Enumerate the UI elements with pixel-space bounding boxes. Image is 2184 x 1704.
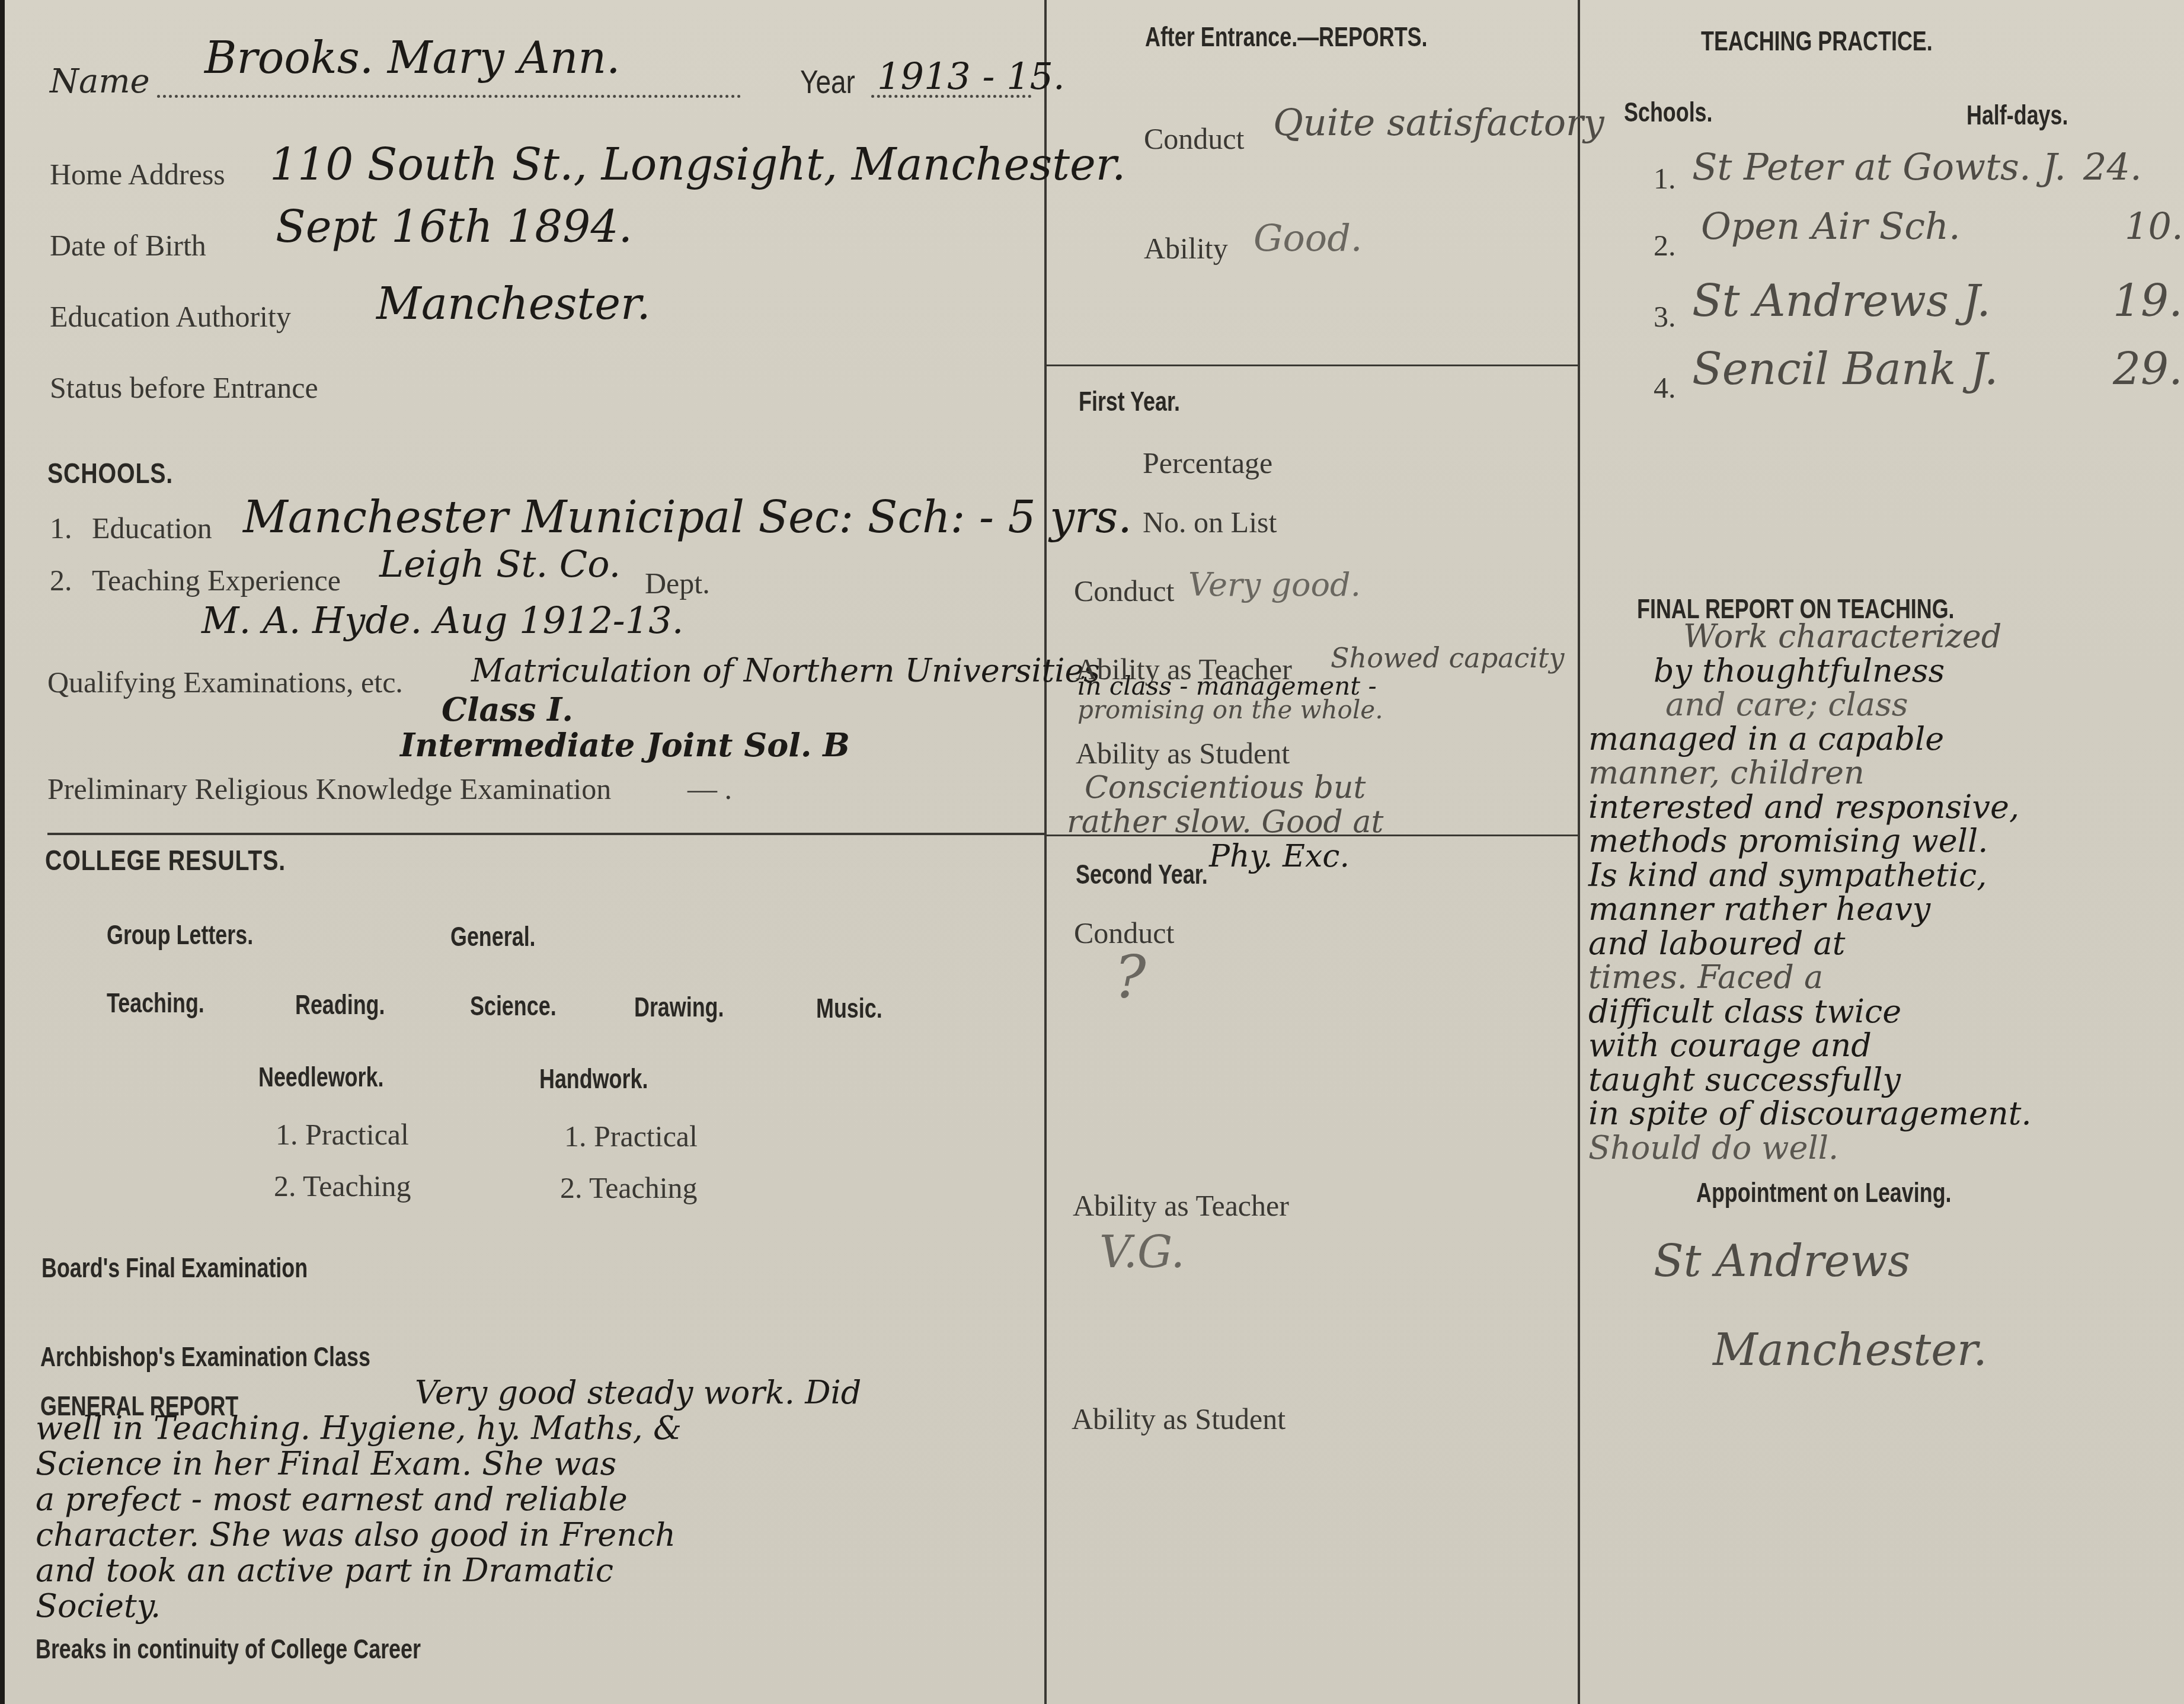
final-report-line: interested and responsive, — [1588, 790, 2032, 824]
name-label: Name — [50, 62, 150, 101]
second-year-heading: Second Year. — [1076, 858, 1208, 890]
teaching-experience-label: Teaching Experience — [92, 563, 341, 597]
practice-row-school: Open Air Sch. — [1701, 204, 1961, 248]
archbishops-exam-label: Archbishop's Examination Class — [40, 1341, 370, 1373]
status-label: Status before Entrance — [50, 370, 318, 405]
handwork-teaching: 2. Teaching — [560, 1171, 698, 1205]
final-report-text: Work characterized by thoughtfulness and… — [1588, 619, 2032, 1165]
final-report-line: in spite of discouragement. — [1588, 1096, 2032, 1131]
practice-row-halfdays: 29. — [2113, 344, 2183, 395]
dob-value: Sept 16th 1894. — [276, 202, 632, 252]
final-report-line: and laboured at — [1588, 926, 2032, 961]
practice-row-halfdays: 19. — [2113, 276, 2183, 327]
practice-row-school: St Peter at Gowts. J. — [1692, 145, 2066, 188]
final-report-line: times. Faced a — [1588, 960, 2032, 995]
first-year-teacher-value-cont: in class - management - promising on the… — [1077, 674, 1383, 722]
breaks-in-continuity-label: Breaks in continuity of College Career — [36, 1633, 421, 1665]
subject-science: Science. — [470, 990, 557, 1022]
qualifying-exams-class: Class I. — [442, 690, 573, 728]
group-letters-label: Group Letters. — [107, 919, 253, 951]
middle-divider-1 — [1047, 365, 1580, 366]
dept-label: Dept. — [645, 566, 710, 600]
general-report-line: a prefect - most earnest and reliable — [36, 1482, 861, 1517]
teaching-experience-number: 2. — [50, 563, 72, 597]
appointment-town: Manchester. — [1713, 1325, 1987, 1376]
after-entrance-ability-value: Good. — [1254, 216, 1363, 260]
after-entrance-heading: After Entrance.—REPORTS. — [1145, 21, 1428, 53]
first-year-heading: First Year. — [1079, 385, 1180, 417]
teacher-remark-line: promising on the whole. — [1077, 698, 1383, 722]
subject-reading: Reading. — [295, 989, 385, 1021]
education-value: Manchester Municipal Sec: Sch: - 5 yrs. — [243, 492, 1132, 543]
final-report-line: manner rather heavy — [1588, 892, 2032, 926]
practice-row-halfdays: 10. — [2125, 204, 2183, 248]
dob-label: Date of Birth — [50, 228, 206, 263]
needlework-practical: 1. Practical — [276, 1117, 409, 1152]
appointment-label: Appointment on Leaving. — [1696, 1177, 1952, 1209]
name-value: Brooks. Mary Ann. — [204, 33, 621, 84]
practice-row-halfdays: 24. — [2083, 145, 2142, 188]
card-left-edge — [0, 0, 5, 1704]
first-year-conduct-value: Very good. — [1188, 566, 1361, 603]
final-report-line: by thoughtfulness — [1588, 654, 2032, 688]
subject-music: Music. — [816, 992, 882, 1024]
general-report-line: and took an active part in Dramatic — [36, 1553, 861, 1588]
schools-heading: SCHOOLS. — [47, 458, 173, 490]
name-dotted-line — [157, 95, 741, 98]
teaching-experience-school: Leigh St. Co. — [379, 542, 621, 586]
year-label: Year — [800, 62, 855, 101]
after-entrance-ability-label: Ability — [1144, 231, 1228, 266]
religious-exam-value: — . — [688, 772, 732, 806]
general-report-line: Society. — [36, 1588, 861, 1624]
second-year-teacher-value: V.G. — [1099, 1227, 1185, 1278]
religious-exam-label: Preliminary Religious Knowledge Examinat… — [47, 772, 611, 806]
final-report-line: managed in a capable — [1588, 722, 2032, 756]
final-report-line: taught successfully — [1588, 1063, 2032, 1097]
practice-row-number: 1. — [1654, 161, 1676, 196]
education-number: 1. — [50, 511, 72, 545]
second-year-teacher-label: Ability as Teacher — [1073, 1188, 1289, 1223]
left-section-divider — [47, 833, 1044, 835]
general-report-line: Science in her Final Exam. She was — [36, 1446, 861, 1482]
final-report-line: methods promising well. — [1588, 824, 2032, 858]
practice-row-number: 4. — [1654, 370, 1676, 405]
first-year-percentage-label: Percentage — [1143, 446, 1272, 480]
final-report-line: manner, children — [1588, 756, 2032, 790]
boards-final-label: Board's Final Examination — [41, 1252, 308, 1284]
practice-row-school: St Andrews J. — [1692, 276, 1991, 327]
final-report-line: and care; class — [1588, 688, 2032, 722]
appointment-school: St Andrews — [1654, 1236, 1910, 1287]
needlework-label: Needlework. — [258, 1061, 383, 1093]
education-authority-value: Manchester. — [376, 279, 651, 330]
practice-row-number: 3. — [1654, 299, 1676, 334]
year-value: 1913 - 15. — [877, 55, 1065, 98]
home-address-label: Home Address — [50, 157, 225, 191]
record-card: Name Brooks. Mary Ann. Year 1913 - 15. H… — [0, 0, 2184, 1704]
teacher-remark-line: Showed capacity — [1331, 646, 1565, 670]
after-entrance-conduct-label: Conduct — [1144, 122, 1244, 156]
student-remark-line: Conscientious but — [1067, 771, 1383, 805]
final-report-line: with courage and — [1588, 1028, 2032, 1063]
column-divider-left — [1044, 0, 1047, 1704]
final-report-line: Is kind and sympathetic, — [1588, 858, 2032, 893]
handwork-practical: 1. Practical — [564, 1119, 698, 1153]
after-entrance-conduct-value: Quite satisfactory — [1273, 101, 1604, 144]
general-label: General. — [450, 920, 536, 952]
general-report-line: character. She was also good in French — [36, 1517, 861, 1553]
second-year-student-label: Ability as Student — [1072, 1402, 1286, 1436]
final-report-line: difficult class twice — [1588, 995, 2032, 1029]
practice-row-school: Sencil Bank J. — [1692, 344, 1998, 395]
teaching-practice-schools-column: Schools. — [1624, 96, 1713, 128]
middle-divider-2 — [1047, 835, 1580, 836]
teacher-remark-line: in class - management - — [1077, 674, 1383, 698]
general-report-line: Very good steady work. Did — [36, 1375, 861, 1411]
first-year-teacher-value: Showed capacity — [1331, 646, 1565, 670]
second-year-conduct-value: ? — [1114, 942, 1146, 1012]
final-report-line: Should do well. — [1588, 1131, 2032, 1165]
subject-drawing: Drawing. — [634, 991, 724, 1023]
teaching-practice-halfdays-column: Half-days. — [1966, 99, 2068, 131]
teaching-experience-detail: M. A. Hyde. Aug 1912-13. — [202, 599, 683, 642]
teaching-practice-heading: TEACHING PRACTICE. — [1701, 25, 1933, 57]
education-label: Education — [92, 511, 212, 545]
first-year-student-label: Ability as Student — [1076, 736, 1290, 771]
final-report-line: Work characterized — [1588, 619, 2032, 654]
general-report-line: well in Teaching. Hygiene, hy. Maths, & — [36, 1411, 861, 1446]
first-year-conduct-label: Conduct — [1074, 574, 1174, 608]
general-report-text: Very good steady work. Did well in Teach… — [36, 1375, 861, 1624]
qualifying-exams-label: Qualifying Examinations, etc. — [47, 665, 403, 699]
college-results-heading: COLLEGE RESULTS. — [45, 845, 286, 877]
education-authority-label: Education Authority — [50, 299, 291, 334]
column-divider-right — [1578, 0, 1580, 1704]
practice-row-number: 2. — [1654, 228, 1676, 263]
handwork-label: Handwork. — [539, 1063, 648, 1095]
subject-teaching: Teaching. — [107, 987, 204, 1019]
first-year-no-on-list-label: No. on List — [1143, 505, 1277, 539]
needlework-teaching: 2. Teaching — [274, 1169, 411, 1203]
home-address-value: 110 South St., Longsight, Manchester. — [270, 139, 1125, 190]
qualifying-exams-intermediate: Intermediate Joint Sol. B — [400, 726, 850, 764]
qualifying-exams-value: Matriculation of Northern Universities — [471, 652, 1100, 689]
